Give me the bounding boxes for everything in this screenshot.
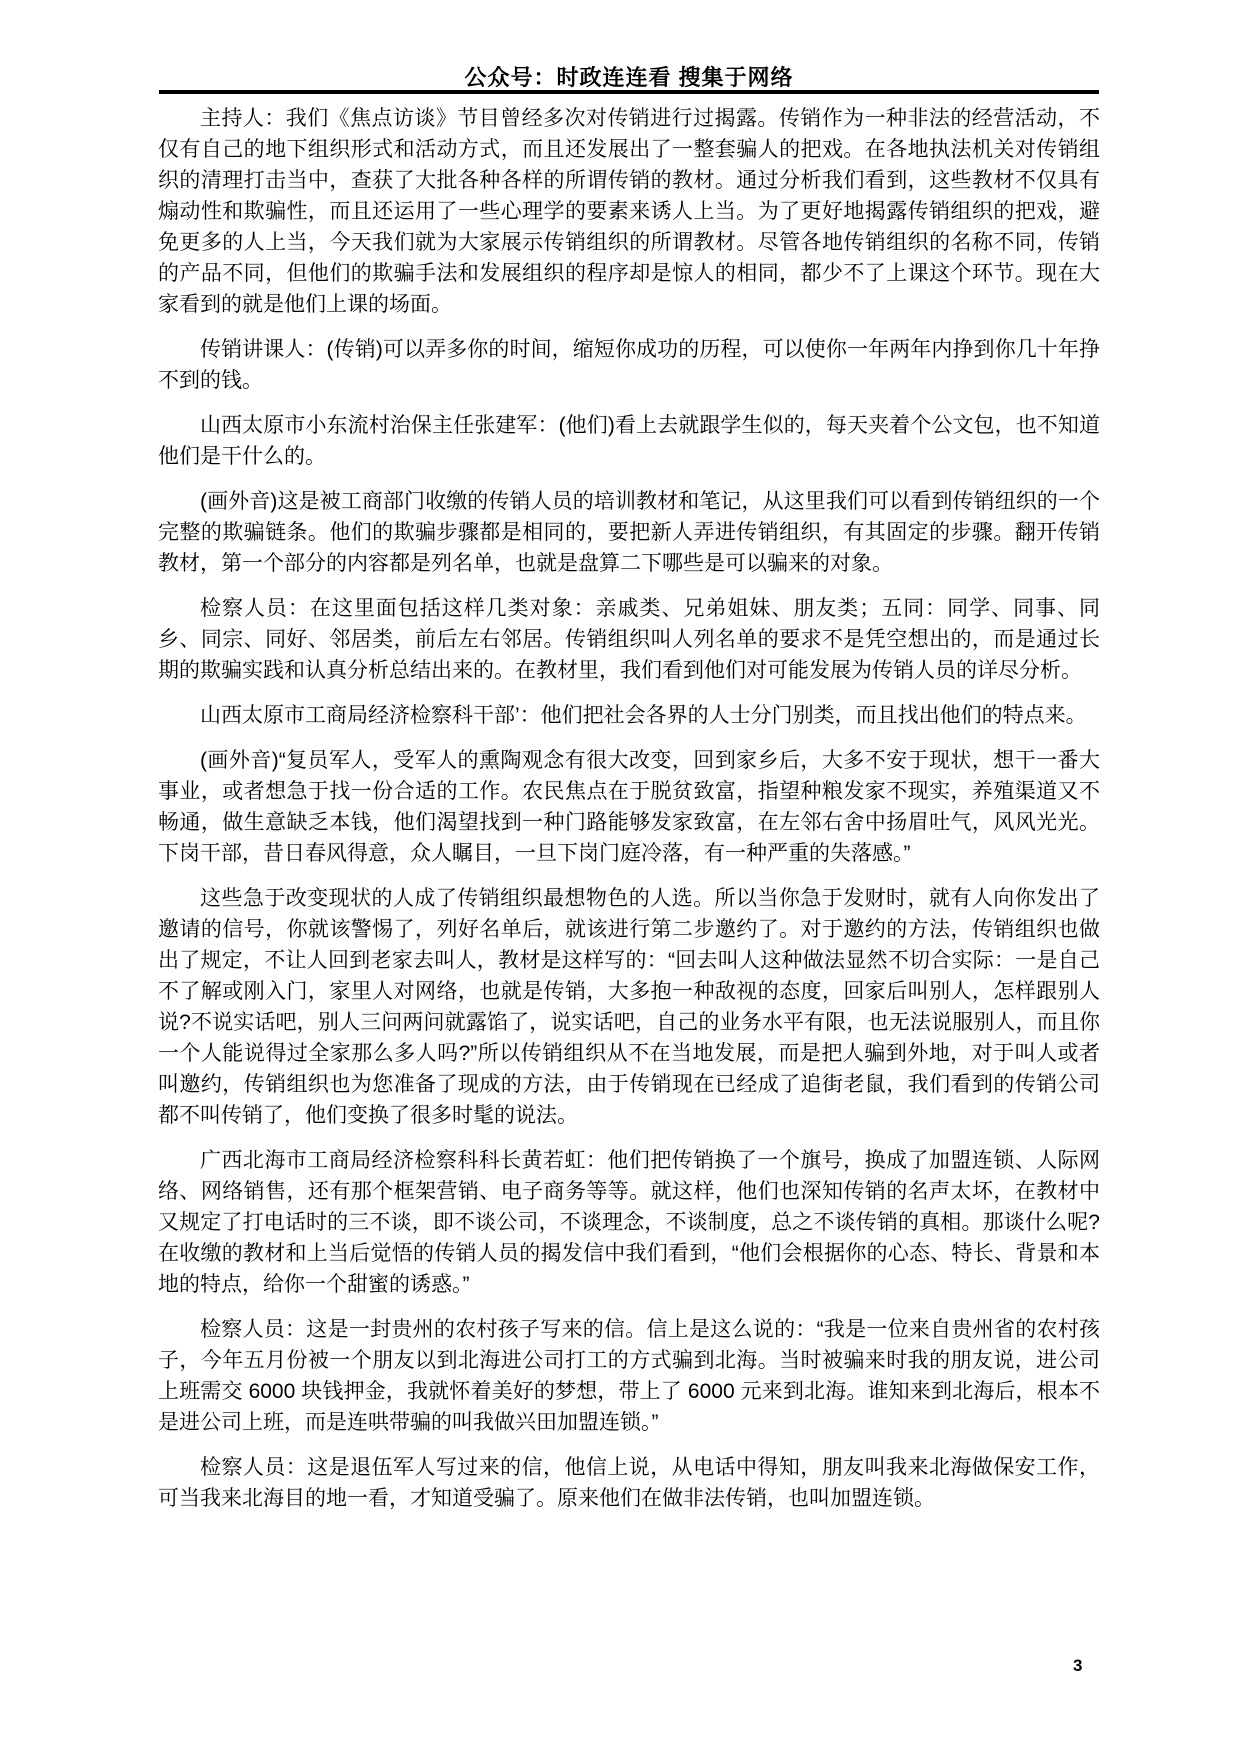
paragraph-zhang-jianjun: 山西太原市小东流村治保主任张建军：(他们)看上去就跟学生似的，每天夹着个公文包，… <box>158 410 1100 472</box>
paragraph-voiceover-2: (画外音)“复员军人，受军人的熏陶观念有很大改变，回到家乡后，大多不安于现状，想… <box>158 745 1100 869</box>
paragraph-taiyuan-official: 山西太原市工商局经济检察科干部’：他们把社会各界的人士分门别类，而且找出他们的特… <box>158 700 1100 731</box>
paragraph-inspector-letter1: 检察人员：这是一封贵州的农村孩子写来的信。信上是这么说的：“我是一位来自贵州省的… <box>158 1314 1100 1438</box>
header-divider <box>159 90 1099 94</box>
paragraph-lecturer: 传销讲课人：(传销)可以弄多你的时间，缩短你成功的历程，可以使你一年两年内挣到你… <box>158 334 1100 396</box>
page-number: 3 <box>1073 1656 1082 1676</box>
paragraph-host-intro: 主持人：我们《焦点访谈》节目曾经多次对传销进行过揭露。传销作为一种非法的经营活动… <box>158 103 1100 320</box>
page-header-title: 公众号：时政连连看 搜集于网络 <box>159 61 1099 92</box>
paragraph-analysis: 这些急于改变现状的人成了传销组织最想物色的人选。所以当你急于发财时，就有人向你发… <box>158 883 1100 1131</box>
document-body: 主持人：我们《焦点访谈》节目曾经多次对传销进行过揭露。传销作为一种非法的经营活动… <box>158 103 1100 1528</box>
paragraph-inspector-letter2: 检察人员：这是退伍军人写过来的信，他信上说，从电话中得知，朋友叫我来北海做保安工… <box>158 1452 1100 1514</box>
paragraph-voiceover-1: (画外音)这是被工商部门收缴的传销人员的培训教材和笔记，从这里我们可以看到传销纽… <box>158 486 1100 579</box>
paragraph-inspector-1: 检察人员：在这里面包括这样几类对象：亲戚类、兄弟姐妹、朋友类；五同：同学、同事、… <box>158 593 1100 686</box>
paragraph-huang-ruohong: 广西北海市工商局经济检察科科长黄若虹：他们把传销换了一个旗号，换成了加盟连锁、人… <box>158 1145 1100 1300</box>
